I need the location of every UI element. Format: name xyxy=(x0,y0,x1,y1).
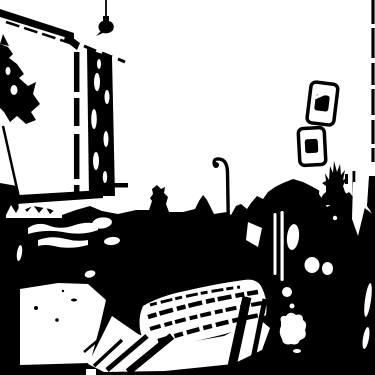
shape xyxy=(91,109,97,129)
bedside-object xyxy=(231,216,243,230)
scene-canvas xyxy=(0,0,375,375)
shape xyxy=(94,73,100,91)
corner-glint xyxy=(282,287,292,297)
corner-glint xyxy=(290,304,295,309)
picture-frame-upper xyxy=(307,82,339,126)
shadow-dot xyxy=(333,216,337,220)
wardrobe-edge xyxy=(87,49,115,196)
shape xyxy=(93,152,99,170)
posterized-bedroom-scene xyxy=(0,0,375,375)
floor-dot xyxy=(71,299,77,302)
floor-dot xyxy=(55,318,59,322)
shape xyxy=(103,171,107,183)
shadow-glint xyxy=(322,262,333,275)
lamp-head xyxy=(213,162,219,168)
corner-glint xyxy=(293,349,301,353)
frame-art xyxy=(305,139,319,154)
shape xyxy=(6,67,11,75)
radiator-slit xyxy=(281,211,284,281)
shape xyxy=(11,85,18,95)
shape xyxy=(105,90,110,104)
floor-bit xyxy=(86,369,96,375)
shadow-glint xyxy=(305,257,320,273)
baseboard-dash xyxy=(114,183,128,188)
shape xyxy=(104,131,109,147)
picture-frame-lower xyxy=(298,127,326,165)
radiator-slit xyxy=(274,213,277,275)
floor-dot xyxy=(62,290,64,292)
shape xyxy=(97,59,101,69)
floor-dot xyxy=(34,306,38,310)
